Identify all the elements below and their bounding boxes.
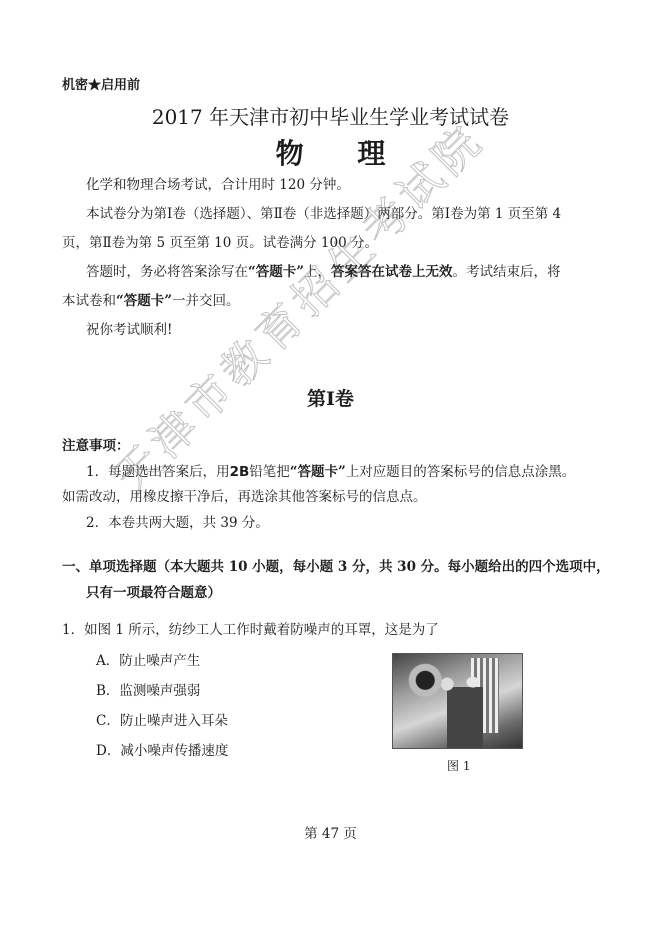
intro-line-3-text: 答题时，务必将答案涂写在 bbox=[86, 264, 248, 280]
question-1-option-c: C．防止噪声进入耳朵 bbox=[96, 709, 228, 729]
invalid-answer-warning: 答案答在试卷上无效 bbox=[331, 264, 453, 280]
pencil-type: 2B bbox=[230, 464, 250, 480]
intro-line-3-text: 上， bbox=[304, 264, 331, 280]
answer-card-term: “答题卡” bbox=[248, 264, 304, 280]
section-heading: 第Ⅰ卷 bbox=[0, 384, 661, 411]
intro-line-2b: 页，第Ⅱ卷为第 5 页至第 10 页。试卷满分 100 分。 bbox=[62, 231, 378, 251]
intro-line-3-text: 。考试结束后，将 bbox=[453, 264, 561, 280]
option-text: 防止噪声产生 bbox=[119, 653, 200, 669]
intro-line-4: 本试卷和“答题卡”一并交回。 bbox=[62, 289, 240, 309]
option-label: B． bbox=[96, 683, 119, 699]
note-2: 2．本卷共两大题，共 39 分。 bbox=[86, 511, 269, 531]
intro-line-4-text: 本试卷和 bbox=[62, 293, 116, 309]
question-1-stem: 1．如图 1 所示，纺纱工人工作时戴着防噪声的耳罩，这是为了 bbox=[62, 618, 439, 638]
option-text: 防止噪声进入耳朵 bbox=[120, 713, 228, 729]
question-1-option-a: A．防止噪声产生 bbox=[96, 649, 200, 669]
answer-card-term: “答题卡” bbox=[116, 293, 172, 309]
option-label: A． bbox=[96, 653, 119, 669]
note-1: 1．每题选出答案后，用2B铅笔把“答题卡”上对应题目的答案标号的信息点涂黑。 bbox=[86, 460, 575, 480]
exam-title: 2017 年天津市初中毕业生学业考试试卷 bbox=[0, 101, 661, 130]
intro-line-2a: 本试卷分为第Ⅰ卷（选择题）、第Ⅱ卷（非选择题）两部分。第Ⅰ卷为第 1 页至第 4 bbox=[86, 202, 561, 222]
question-1-option-d: D．减小噪声传播速度 bbox=[96, 739, 228, 759]
part-one-title: 一、单项选择题（本大题共 10 小题，每小题 3 分，共 30 分。每小题给出的… bbox=[62, 555, 610, 575]
figure-1-caption: 图 1 bbox=[447, 757, 470, 774]
intro-line-3: 答题时，务必将答案涂写在“答题卡”上，答案答在试卷上无效。考试结束后，将 bbox=[86, 260, 561, 280]
figure-1-textile-worker-photo bbox=[392, 653, 523, 749]
intro-line-1: 化学和物理合场考试，合计用时 120 分钟。 bbox=[86, 173, 350, 193]
part-one-title-cont: 只有一项最符合题意） bbox=[86, 581, 221, 601]
option-text: 监测噪声强弱 bbox=[119, 683, 200, 699]
note-1-line-2: 如需改动，用橡皮擦干净后，再选涂其他答案标号的信息点。 bbox=[62, 485, 427, 505]
note-1-text: 铅笔把 bbox=[249, 464, 290, 480]
answer-card-term: “答题卡” bbox=[290, 464, 346, 480]
note-1-text: 1．每题选出答案后，用 bbox=[86, 464, 230, 480]
page-number: 第 47 页 bbox=[0, 822, 661, 842]
confidential-label: 机密★启用前 bbox=[62, 74, 140, 93]
option-label: D． bbox=[96, 743, 120, 759]
note-1-text: 上对应题目的答案标号的信息点涂黑。 bbox=[346, 464, 576, 480]
good-luck-text: 祝你考试顺利! bbox=[86, 318, 172, 338]
subject-title: 物 理 bbox=[0, 132, 661, 172]
option-text: 减小噪声传播速度 bbox=[120, 743, 228, 759]
notes-title: 注意事项： bbox=[62, 434, 130, 454]
question-1-option-b: B．监测噪声强弱 bbox=[96, 679, 200, 699]
option-label: C． bbox=[96, 713, 120, 729]
intro-line-4-text: 一并交回。 bbox=[172, 293, 240, 309]
